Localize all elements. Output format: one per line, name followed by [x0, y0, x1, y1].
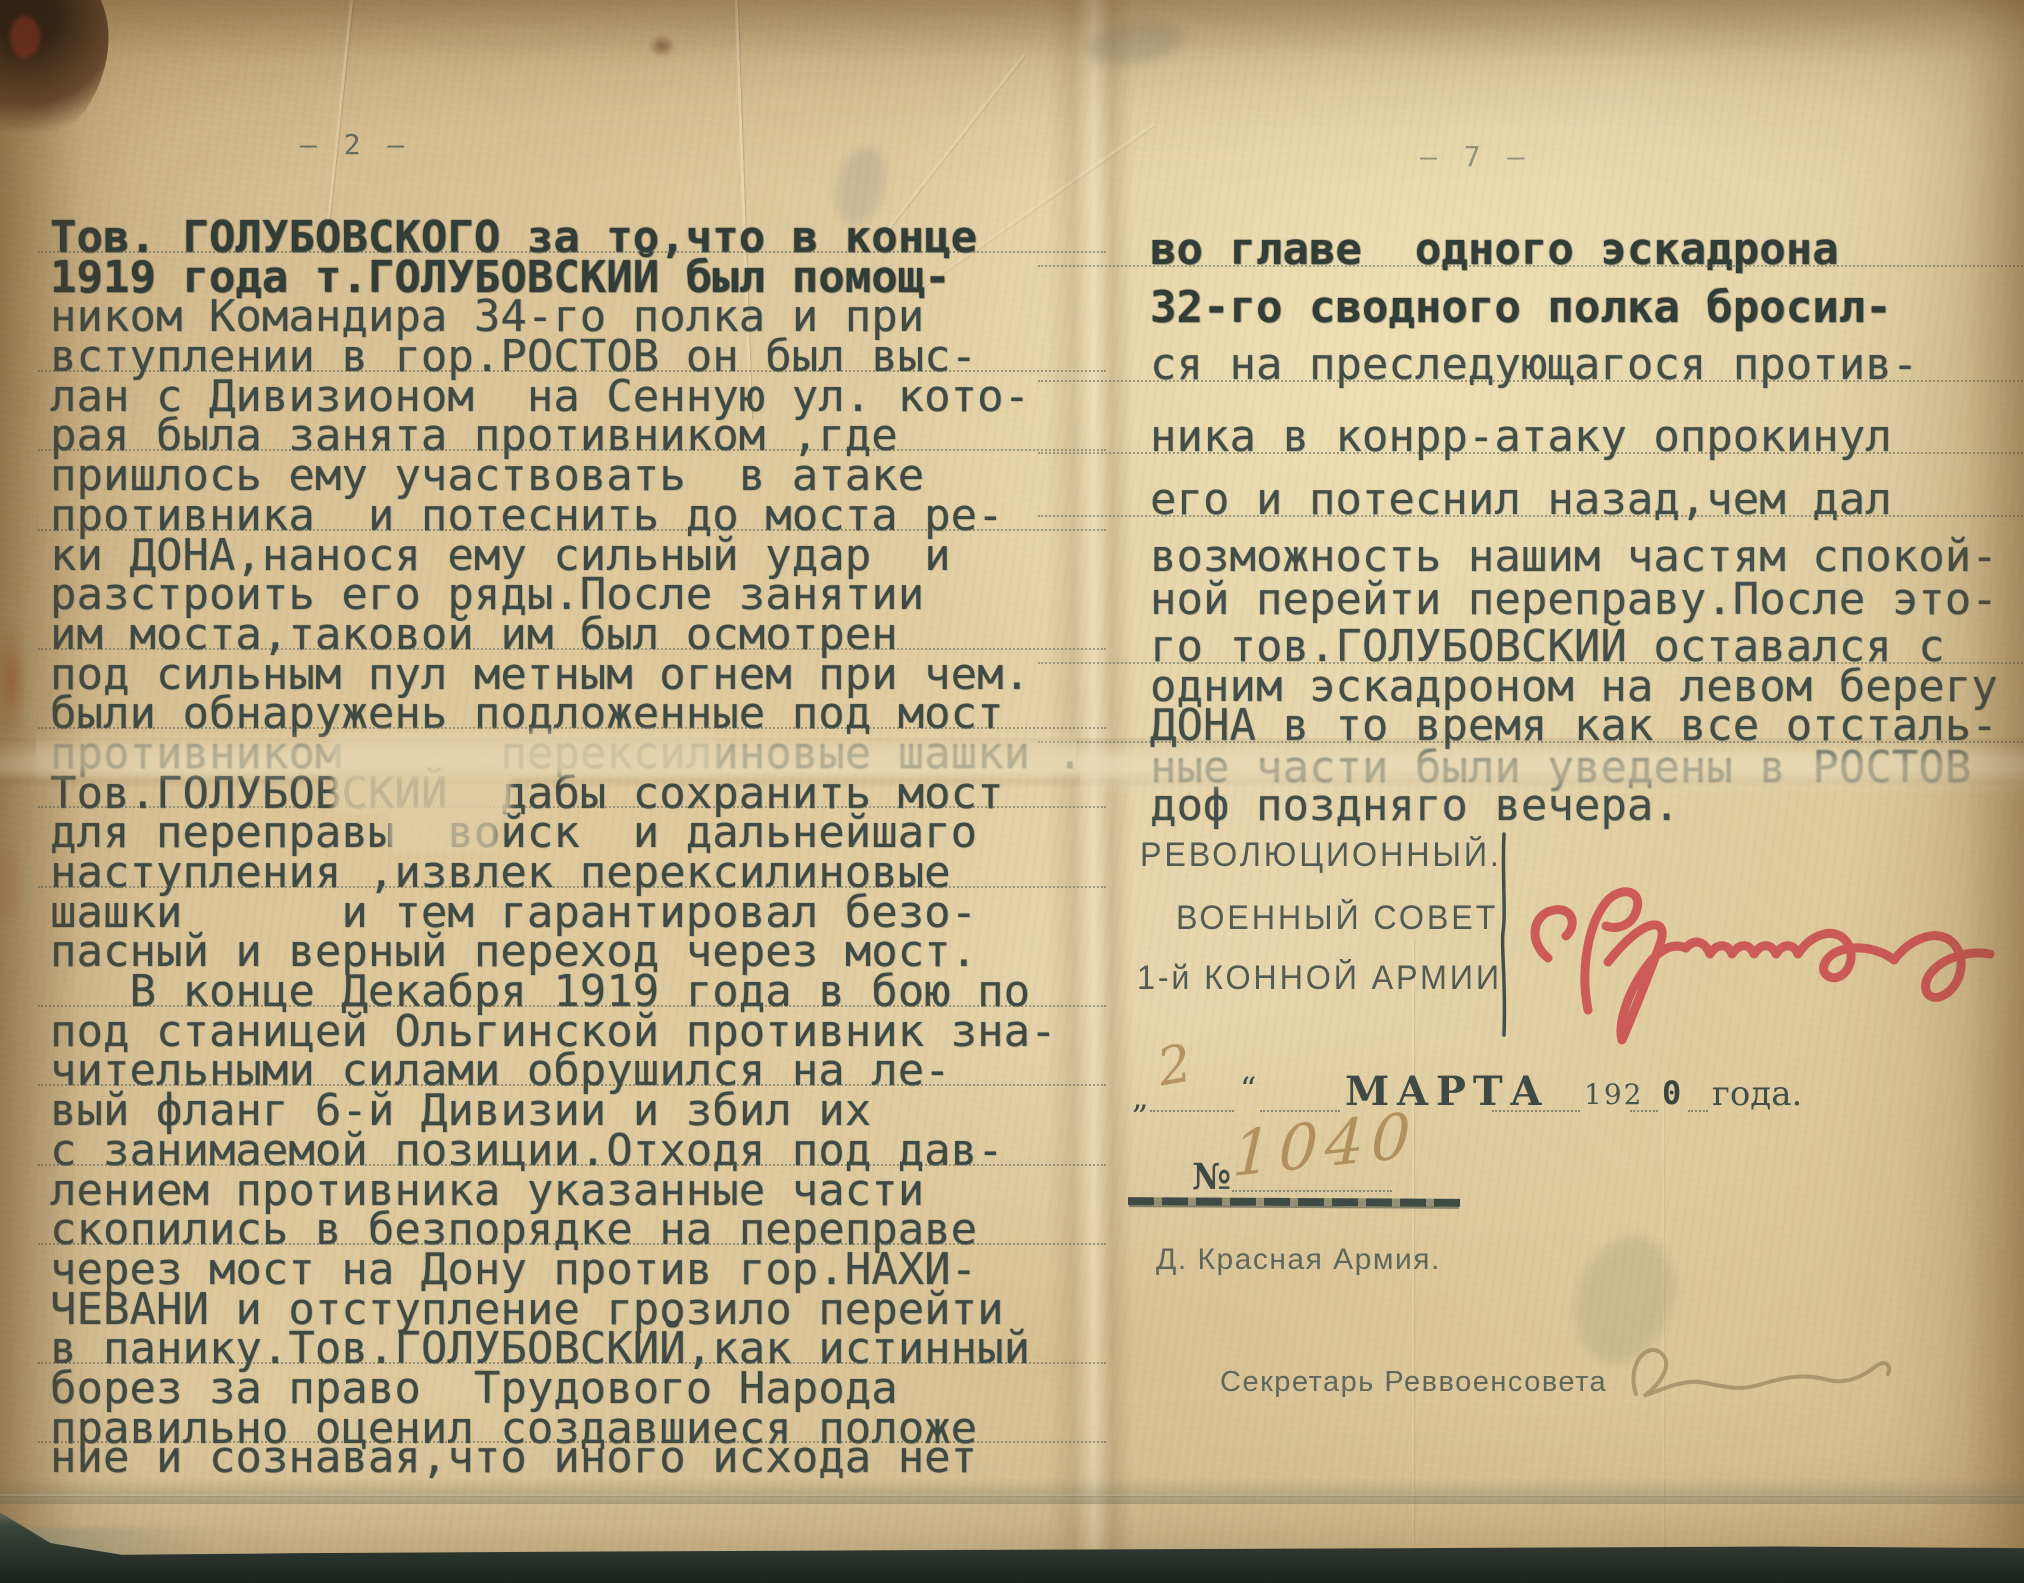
corner-red-spot — [10, 16, 40, 58]
document-scan: — 2 — — 7 — Тов. ГОЛУБОВСКОГО за то,что … — [0, 0, 2024, 1583]
bottom-shadow — [0, 1478, 2024, 1504]
edge-shading — [0, 0, 2024, 1583]
